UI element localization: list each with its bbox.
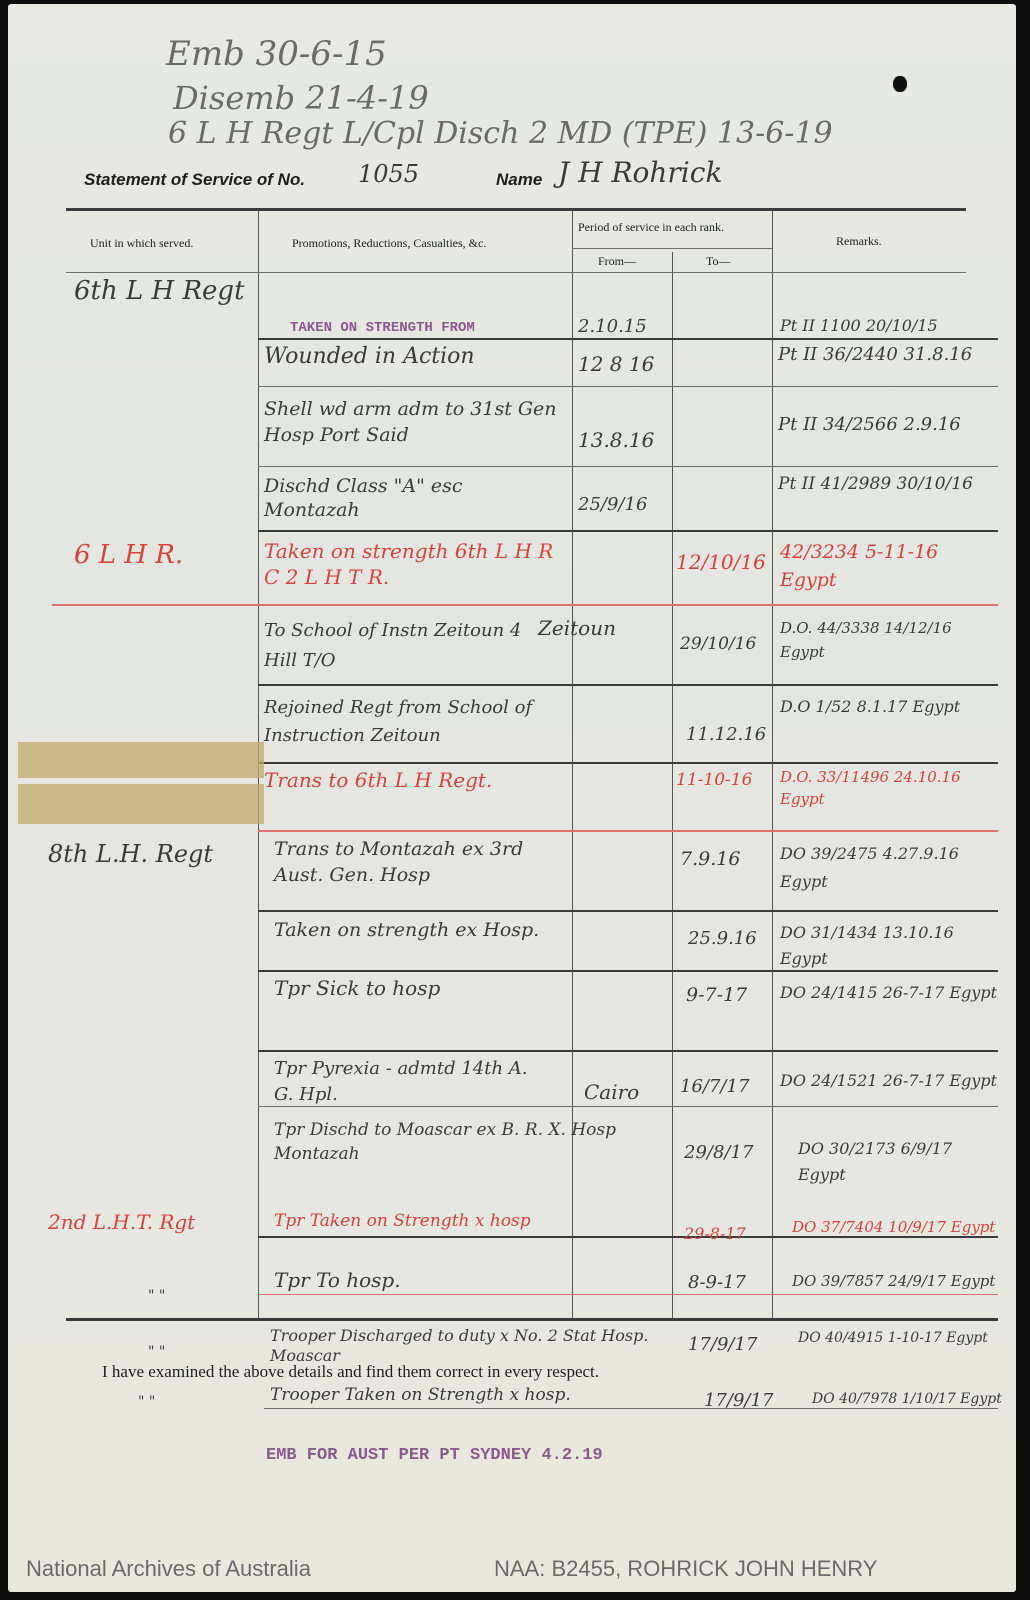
entry-event: Trooper Taken on Strength x hosp. xyxy=(270,1384,650,1406)
entry-to: 17/9/17 xyxy=(704,1390,773,1411)
col-period: Period of service in each rank. xyxy=(578,220,724,235)
entry-to: 11.12.16 xyxy=(686,724,766,745)
entry-event-stamp: TAKEN ON STRENGTH FROM xyxy=(290,320,475,336)
service-record-page: Emb 30-6-15 Disemb 21-4-19 6 L H Regt L/… xyxy=(8,4,1016,1592)
table-top-rule xyxy=(66,208,966,211)
col-from: From— xyxy=(598,254,636,269)
punch-hole xyxy=(893,76,907,92)
entry-event: Dischd Class "A" esc Montazah xyxy=(264,474,564,522)
service-number: 1055 xyxy=(358,160,419,188)
entry-to: 8-9-17 xyxy=(688,1272,746,1293)
row-rule-red xyxy=(258,1294,998,1295)
entry-event: Trooper Discharged to duty x No. 2 Stat … xyxy=(270,1326,690,1366)
entry-remarks: Pt II 41/2989 30/10/16 xyxy=(778,474,973,494)
statement-title: Statement of Service of No. xyxy=(84,170,305,190)
entry-unit: 2nd L.H.T. Rgt xyxy=(48,1210,195,1234)
entry-remarks: Pt II 1100 20/10/15 xyxy=(780,316,938,335)
entry-remarks: DO 39/2475 4.27.9.16 Egypt xyxy=(780,840,1000,896)
entry-to: 17/9/17 xyxy=(688,1334,757,1355)
disembark-note: Disemb 21-4-19 xyxy=(173,79,429,117)
entry-remarks: D.O 1/52 8.1.17 Egypt xyxy=(780,694,1000,720)
entry-remarks: DO 31/1434 13.10.16 Egypt xyxy=(780,920,1000,972)
entry-to: 16/7/17 xyxy=(680,1076,749,1097)
table-bottom-rule xyxy=(66,1318,998,1321)
entry-event: Tpr Dischd to Moascar ex B. R. X. Hosp M… xyxy=(274,1118,674,1166)
entry-event: Tpr Taken on Strength x hosp xyxy=(274,1210,564,1232)
tape-strip xyxy=(18,784,264,824)
entry-from: Zeitoun xyxy=(538,616,616,640)
entry-unit: 6 L H R. xyxy=(74,540,183,570)
name-label: Name xyxy=(496,170,542,190)
entry-to: 25.9.16 xyxy=(688,928,757,949)
entry-event: Taken on strength ex Hosp. xyxy=(274,918,564,942)
col-promotions: Promotions, Reductions, Casualties, &c. xyxy=(292,236,486,251)
entry-from: 12 8 16 xyxy=(578,352,654,376)
entry-to: 29-8-17 xyxy=(684,1224,746,1243)
entry-unit-ditto: " " xyxy=(148,1288,165,1304)
entry-remarks: DO 40/4915 1-10-17 Egypt xyxy=(798,1328,998,1348)
entry-to: 7.9.16 xyxy=(680,848,740,870)
discharge-note: 6 L H Regt L/Cpl Disch 2 MD (TPE) 13-6-1… xyxy=(168,116,833,151)
col-to: To— xyxy=(706,254,731,269)
entry-remarks: D.O. 33/11496 24.10.16 Egypt xyxy=(780,766,1000,810)
entry-from: Cairo xyxy=(584,1080,639,1104)
entry-remarks: DO 40/7978 1/10/17 Egypt xyxy=(812,1388,1002,1410)
entry-event: Tpr Sick to hosp xyxy=(274,976,440,1000)
entry-remarks: Pt II 34/2566 2.9.16 xyxy=(778,414,961,435)
entry-event: Wounded in Action xyxy=(264,344,475,369)
entry-remarks: DO 24/1521 26-7-17 Egypt xyxy=(780,1068,1000,1094)
entry-unit: 8th L.H. Regt xyxy=(48,840,213,868)
row-rule xyxy=(258,338,998,340)
entry-unit-ditto: " " xyxy=(148,1344,165,1360)
entry-from: 25/9/16 xyxy=(578,494,647,515)
entry-event: Taken on strength 6th L H R C 2 L H T R. xyxy=(264,538,564,590)
name-value: J H Rohrick xyxy=(558,156,722,189)
entry-unit-ditto: " " xyxy=(138,1394,155,1410)
entry-event: Trans to 6th L H Regt. xyxy=(264,768,492,792)
entry-unit: 6th L H Regt xyxy=(74,276,245,306)
row-rule xyxy=(258,466,998,467)
entry-remarks: DO 39/7857 24/9/17 Egypt xyxy=(792,1270,1002,1292)
entry-remarks: D.O. 44/3338 14/12/16 Egypt xyxy=(780,616,1000,664)
embarkation-stamp: EMB FOR AUST PER PT SYDNEY 4.2.19 xyxy=(266,1446,603,1465)
row-rule xyxy=(258,762,998,764)
entry-event: Trans to Montazah ex 3rd Aust. Gen. Hosp xyxy=(274,836,564,888)
row-rule xyxy=(258,530,998,532)
entry-to: 29/8/17 xyxy=(684,1142,753,1163)
row-rule xyxy=(258,684,998,686)
archive-reference: NAA: B2455, ROHRICK JOHN HENRY xyxy=(494,1556,877,1582)
entry-remarks: DO 37/7404 10/9/17 Egypt xyxy=(792,1216,1002,1238)
col-remarks: Remarks. xyxy=(836,234,882,249)
entry-event: To School of Instn Zeitoun 4 Hill T/O xyxy=(264,616,524,676)
row-rule-red xyxy=(258,830,998,832)
entry-from: 13.8.16 xyxy=(578,428,654,452)
entry-to: 9-7-17 xyxy=(686,984,747,1006)
entry-remarks: DO 30/2173 6/9/17 Egypt xyxy=(798,1136,998,1188)
row-rule xyxy=(258,1050,998,1052)
col-unit: Unit in which served. xyxy=(90,236,193,251)
row-rule-red xyxy=(52,604,998,606)
row-rule xyxy=(258,910,998,912)
entry-remarks: 42/3234 5-11-16 Egypt xyxy=(780,538,1000,594)
entry-event: Tpr To hosp. xyxy=(274,1268,401,1292)
entry-to: 11-10-16 xyxy=(676,770,752,790)
entry-event: Rejoined Regt from School of Instruction… xyxy=(264,694,564,750)
header-bottom-rule xyxy=(66,272,966,273)
certification-text: I have examined the above details and fi… xyxy=(102,1362,599,1382)
archive-name: National Archives of Australia xyxy=(26,1556,311,1582)
entry-event: Shell wd arm adm to 31st Gen Hosp Port S… xyxy=(264,396,564,448)
entry-remarks: DO 24/1415 26-7-17 Egypt xyxy=(780,980,1000,1006)
period-subrule xyxy=(572,248,772,249)
row-rule xyxy=(258,386,998,387)
entry-from: 2.10.15 xyxy=(578,316,647,337)
entry-to: 12/10/16 xyxy=(676,550,766,574)
tape-strip xyxy=(18,742,264,778)
entry-event: Tpr Pyrexia - admtd 14th A. G. Hpl. xyxy=(274,1056,534,1108)
col-divider xyxy=(772,210,773,1320)
embark-note: Emb 30-6-15 xyxy=(166,34,387,74)
entry-to: 29/10/16 xyxy=(680,634,756,654)
entry-remarks: Pt II 36/2440 31.8.16 xyxy=(778,344,972,365)
